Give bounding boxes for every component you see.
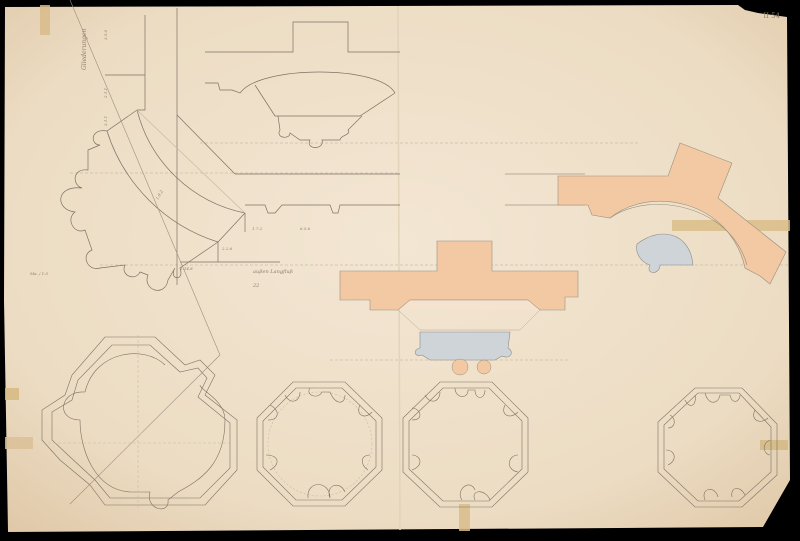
sheet-number: II 54: [763, 12, 780, 20]
svg-text:3.1.1: 3.1.1: [103, 116, 108, 126]
label-gliederungen: Gliederungen: [81, 28, 88, 70]
drawing-sheet: Gliederungen 3.5.0 2.1.1 3.1.1 1.9.2 1.7…: [0, 0, 800, 541]
svg-text:2.2.6: 2.2.6: [221, 246, 233, 251]
note-bottom: außen Langfluß: [253, 269, 293, 275]
svg-text:1.7.2: 1.7.2: [252, 226, 263, 231]
svg-text:1.14.8: 1.14.8: [180, 266, 193, 271]
svg-text:6.5.6: 6.5.6: [300, 226, 311, 231]
svg-text:2.1.1: 2.1.1: [103, 88, 108, 99]
tape-top-left: [40, 5, 50, 35]
tape-left-1: [5, 388, 19, 400]
svg-text:Ma. / 1:5: Ma. / 1:5: [29, 271, 49, 276]
paper: [4, 5, 790, 532]
svg-text:22: 22: [252, 283, 259, 289]
svg-text:3.5.0: 3.5.0: [103, 29, 108, 40]
tape-bottom: [459, 504, 470, 531]
tape-left-2: [5, 437, 33, 449]
